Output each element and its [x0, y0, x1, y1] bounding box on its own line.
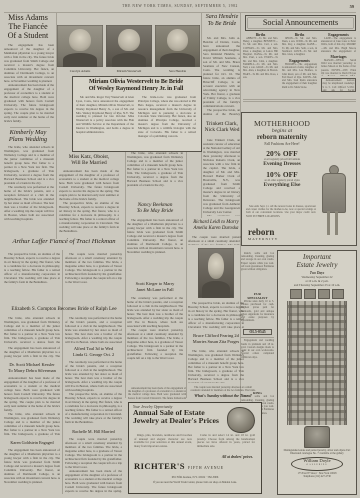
article-compton-col2: The ceremony was performed at the home o… — [65, 316, 122, 343]
article-sara-hendrie-headline: Sara Hendrie To Be Bride — [202, 14, 242, 28]
ad-reborn-logo: reborn MATERNITY — [248, 228, 278, 241]
photo-sara-hendrie — [155, 25, 200, 67]
photo-carolyn-adams — [57, 25, 103, 67]
portrait-shoulders — [112, 53, 147, 67]
body-text: The ceremony was performed at the home o… — [4, 185, 54, 221]
headline-line: To Be May Bride — [127, 208, 183, 214]
portrait-face — [167, 29, 188, 51]
body-text: The ceremony was performed at the home o… — [127, 296, 183, 328]
body-text: The ceremony was performed at the home o… — [65, 360, 122, 392]
body-text: Jane Trinkett Clark, an assistant curato… — [203, 138, 240, 214]
classified-text: HOLMES—The engagement is announced of An… — [282, 63, 317, 93]
jewelry-photo — [290, 289, 302, 299]
article-kimberly-may-body: The bride, who attended schools in Washi… — [4, 145, 54, 233]
social-announcements-title: Social Announcements — [246, 18, 355, 27]
fashion-model-illustration — [315, 165, 351, 239]
headline-line: Will Be Married — [58, 160, 120, 166]
strip-ad-text: Engagement and wedding bands in platinum… — [241, 339, 274, 391]
illustration-coat — [322, 173, 346, 213]
article-leidl-headline: Richard Leidl to Marry Amelia Karen Duro… — [188, 220, 244, 232]
ad-discount-2: 10% OFF — [244, 170, 320, 179]
article-toal-body: The ceremony was performed at the home o… — [65, 360, 122, 425]
article-miss-adams-body: The engagement has been announced of the… — [4, 43, 54, 125]
article-westervelt-col1: Mr. and Mrs. Roger Vary Westervelt of Gl… — [76, 96, 134, 148]
article-westervelt-box: Miriam Olivia Westervelt to Be Bride Of … — [72, 76, 202, 152]
headline-line: Of Wesley Raymond Henry Jr. in Fall — [74, 86, 198, 93]
article-goldstein-headline: Karen Goldstein Engaged — [4, 440, 60, 445]
page-number: 59 — [350, 4, 354, 9]
jewelry-thumbnails — [278, 289, 356, 299]
ad-richters: Your Jewelry Opportunity Annual Sale of … — [128, 402, 262, 494]
ad-caption: Illustrated catalogue No. 7 available at… — [278, 452, 356, 455]
headline-line: Plans Wedding — [2, 136, 54, 143]
column-rule — [125, 150, 126, 398]
article-fearing-body: The bride, who attended schools in Washi… — [188, 349, 244, 383]
classified-text: IRWIN—To Mr. and Mrs. Dean, a son. JUDD—… — [282, 37, 317, 57]
article-leidl-body-continued: The prospective bride, an alumna of the … — [188, 301, 244, 330]
body-text: Mr. and Mrs. John A. Hendrie of Darien, … — [203, 36, 240, 108]
article-kimberly-may-headline: Kimberly May Plans Wedding — [2, 129, 54, 144]
classified-notice-box: Announcement notices may be telephoned w… — [321, 78, 356, 92]
body-text: The bride, who attended schools in Washi… — [4, 412, 60, 437]
article-hill-body: The couple were married yesterday aftern… — [65, 437, 122, 494]
small-print-text: Announcement has been made of the engage… — [128, 387, 186, 399]
body-text: The prospective bride, an alumna of the … — [65, 392, 122, 424]
social-col-births: Births ABBOTT—To Mr. and Mrs. Henry, a d… — [243, 33, 278, 97]
masthead-title: THE NEW YORK TIMES, SUNDAY, SEPTEMBER 5,… — [0, 4, 360, 8]
article-compton-headline: Elizabeth S. Compton Becomes Bride of Ra… — [4, 306, 124, 312]
ad-estate-headline-1: Important — [278, 253, 356, 261]
masthead-divider — [4, 12, 356, 13]
article-leidl-body: The couple were married yesterday aftern… — [188, 235, 244, 245]
portrait-shoulders — [63, 53, 98, 67]
illustration-leg — [335, 211, 338, 235]
ad-estate-headline-2: Estate Jewelry — [278, 261, 356, 269]
article-kieger-headline: Scott Kieger to Marry Janet McLane in Fa… — [127, 281, 183, 292]
illustration-leg — [327, 211, 330, 235]
jewelry-photo — [318, 289, 330, 299]
strip-ad-text: Private sales daily 10 to 5. Estates pur… — [241, 300, 274, 328]
headline-line: Richard Leidl to Marry — [188, 220, 244, 226]
article-kieger-body: The ceremony was performed at the home o… — [127, 296, 183, 384]
classified-text: ABBOTT—To Mr. and Mrs. Henry, a daughter… — [243, 37, 278, 97]
ad-address: 681 Fifth Avenue, N.Y. 10022 · 582-3906 — [129, 476, 261, 479]
article-sara-hendrie-body: Mr. and Mrs. John A. Hendrie of Darien, … — [203, 36, 240, 117]
headline-line: Linda G. George Oct. 2 — [65, 352, 122, 358]
ad-note: If you are near the World Trade Center, … — [139, 481, 251, 484]
article-goldstein-body: The engagement has been announced of the… — [4, 448, 60, 494]
newspaper-page: THE NEW YORK TIMES, SUNDAY, SEPTEMBER 5,… — [0, 0, 360, 498]
ad-tagline: All at dealers' prices. — [222, 455, 253, 459]
headline-line: Of a Student — [2, 32, 54, 41]
article-kessler-headline: Dr. Scott Michael Kessler To Marry Debra… — [4, 362, 60, 373]
body-text: The ceremony was performed at the home o… — [203, 214, 240, 216]
article-fearing-headline: Bruce Clifford Fearing 2d Marries Susan … — [188, 333, 244, 344]
body-text: Announcement has been made of the engage… — [4, 83, 54, 123]
jewelry-photo — [332, 289, 344, 299]
body-text: The couple were married yesterday aftern… — [65, 437, 122, 469]
headline-line: Kimberly May — [2, 129, 54, 136]
social-col-births-engagements: Births IRWIN—To Mr. and Mrs. Dean, a son… — [282, 33, 317, 93]
article-westervelt-col2: The bride-to-be was graduated from Princ… — [138, 96, 196, 148]
furniture-photo — [304, 426, 330, 448]
ad-motherhood-text: MOTHERHOOD begins at reborn maternity Fa… — [244, 119, 320, 188]
section-divider — [243, 99, 356, 100]
article-nancy-beekman-headline: Nancy Beekman To Be May Bride — [127, 202, 183, 215]
ad-date-line: and Thursday September 23 at 10 a.m. — [278, 283, 356, 287]
portrait-face — [118, 29, 139, 51]
column-rule — [62, 250, 63, 494]
ad-body-col2: Come in and select 14 kt. and 18 kt. gol… — [197, 434, 255, 455]
ad-tagline: Fall Fashions Are Here! — [244, 142, 320, 146]
photo-caption: Miriam Westervelt — [106, 69, 152, 73]
article-laffer-col2: The couple were married yesterday aftern… — [65, 252, 122, 303]
portrait-shoulders — [202, 281, 229, 298]
william-doyle-logo: William Doyle GALLERIES — [291, 457, 343, 471]
logo-text: reborn — [248, 228, 278, 237]
headline-line: Dr. Scott Michael Kessler — [4, 362, 60, 368]
headline-line: Marries Susan Zita Porges — [188, 339, 244, 345]
body-text: The couple were married yesterday aftern… — [127, 328, 183, 360]
column-rule — [56, 13, 57, 239]
ad-william-doyle: Important Estate Jewelry Two Days Wednes… — [277, 250, 357, 495]
ad-item-1: Evening Dresses — [244, 161, 320, 167]
headline-line: Bruce Clifford Fearing 2d — [188, 333, 244, 339]
body-text: The bride, who attended schools in Washi… — [4, 145, 54, 185]
ad-item-2: Everything Else — [244, 182, 320, 188]
column-rule — [186, 150, 187, 398]
ad-headline: MOTHERHOOD — [244, 119, 320, 128]
jewelry-brooch-illustration — [227, 407, 255, 433]
logo-subtext: MATERNITY — [248, 237, 278, 241]
body-text: The engagement has been announced of the… — [4, 43, 54, 83]
article-compton-col1: The bride, who attended schools in Washi… — [4, 316, 60, 343]
ad-body-text: Sale ends Sept. 11. All the newest looks… — [246, 205, 316, 225]
ad-discount-1: 20% OFF — [244, 149, 320, 158]
social-col-engagements-marriages: Engagements LANE—The engagement is annou… — [321, 33, 356, 92]
article-miss-adams-headline: Miss Adams The Fiancée Of a Student — [2, 14, 54, 40]
classified-text: LANE—The engagement is announced of Jane… — [321, 37, 356, 53]
headline-line: Sara Hendrie — [202, 14, 242, 21]
body-text: The prospective bride, an alumna of the … — [59, 201, 119, 233]
article-miss-katz-body: Announcement has been made of the engage… — [59, 169, 119, 237]
headline-line: To Be Bride — [202, 21, 242, 28]
article-continuation-text: The engagement has been announced of the… — [4, 346, 60, 359]
article-miss-katz-headline: Miss Katz, Oboist, Will Be Married — [58, 154, 120, 167]
article-continuation-text: The bride, who attended schools in Washi… — [127, 151, 183, 199]
ad-phone: Telephone (212) 427-2730 — [278, 475, 356, 478]
photo-caption: Sara Hendrie — [155, 69, 200, 73]
article-hill-headline: Rachelle M. Hill Married — [65, 429, 122, 434]
ornate-jewelry-panel — [287, 301, 347, 425]
photo-miriam-westervelt — [106, 25, 152, 67]
article-trinkett-clark-body: Jane Trinkett Clark, an assistant curato… — [203, 138, 240, 216]
social-announcements-title-box: Social Announcements — [245, 15, 356, 31]
article-nancy-beekman-body: The engagement has been announced of the… — [127, 218, 183, 276]
body-text: Announcement has been made of the engage… — [59, 169, 119, 201]
photo-caption: Carolyn Adams — [57, 69, 103, 73]
classified-text: MASON—WELD. Sarah Weld was married yeste… — [321, 59, 356, 76]
portrait-face — [69, 29, 90, 51]
photo-portrait — [198, 248, 234, 298]
richters-logo: RICHTER'S FIFTH AVENUE — [134, 461, 224, 471]
article-trinkett-clark-headline: Trinkett Clark, Nick Clark Wed — [202, 121, 242, 134]
jewelry-photo — [304, 289, 316, 299]
article-kessler-body: Announcement has been made of the engage… — [4, 376, 60, 437]
headline-line: Janet McLane in Fall — [127, 287, 183, 293]
headline-line: Nick Clark Wed — [202, 127, 242, 133]
logo-subtext: FIFTH AVENUE — [188, 466, 224, 470]
section-divider — [243, 101, 356, 102]
body-text: Announcement has been made of the engage… — [65, 469, 122, 494]
headline-line: Miriam Olivia Westervelt to Be Bride — [74, 79, 198, 86]
article-laffer-col1: The prospective bride, an alumna of the … — [4, 252, 60, 303]
ad-brand-line: reborn maternity — [244, 134, 320, 141]
article-toal-headline: Alfred Toal 3d to Wed Linda G. George Oc… — [65, 346, 122, 357]
article-laffer-headline: Arthur Laffer Fiancé of Traci Hickman — [4, 238, 124, 246]
ad-reborn-maternity: MOTHERHOOD begins at reborn maternity Fa… — [241, 112, 357, 246]
portrait-shoulders — [160, 53, 194, 67]
body-text: The prospective bride, an alumna of the … — [203, 108, 240, 117]
strip-ad-text: Ranch, sable and fox remodeling. Cleanin… — [241, 252, 274, 292]
logo-subtext: GALLERIES — [292, 464, 342, 466]
body-text: Announcement has been made of the engage… — [4, 376, 60, 412]
portrait-face — [208, 253, 225, 279]
article-westervelt-headline: Miriam Olivia Westervelt to Be Bride Of … — [74, 79, 198, 94]
headline-line: Amelia Karen Duroska — [188, 226, 244, 232]
headline-line: To Marry Debra Silverman — [4, 368, 60, 374]
ad-body-col1: Rings, pins, bracelets, necklaces and br… — [134, 434, 192, 455]
logo-text: RICHTER'S — [134, 461, 185, 471]
strip-ad-phone: OL5-0545 — [243, 329, 272, 335]
